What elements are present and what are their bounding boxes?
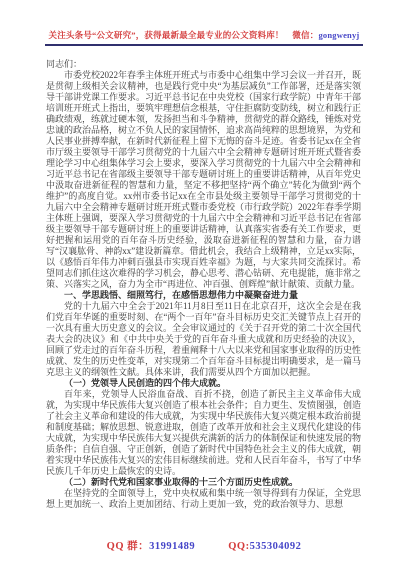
salutation: 同志们： bbox=[46, 59, 361, 70]
wechat-id: gongwenyj bbox=[318, 30, 359, 40]
qq-number: 535304092 bbox=[250, 541, 302, 552]
qq-contact: QQ:535304092 bbox=[228, 541, 301, 552]
footer-contact: QQ 群：31991489 QQ:535304092 bbox=[0, 538, 408, 553]
paragraph: 党的十九届六中全会于2021年11月8日至11日在北京召开，这次全会是在我们党百… bbox=[46, 301, 361, 378]
qq-group: QQ 群：31991489 bbox=[107, 541, 195, 552]
qq-group-label: QQ 群： bbox=[107, 541, 149, 552]
paragraph: 市委党校2022年春季主体班开班式与市委中心组集中学习会议一并召开，既是贯彻上级… bbox=[46, 70, 361, 290]
promo-banner-text: 关注头条号“公文研究”，获得最新最全最专业的公文资料库！ 微信：gongweny… bbox=[45, 29, 364, 46]
paragraph: 百年来，党领导人民浴血奋战、百折不挠，创造了新民主主义革命伟大成就，为实现中华民… bbox=[46, 389, 361, 477]
sub-heading: （二）新时代党和国家事业取得的十三个方面历史性成就。 bbox=[46, 477, 361, 488]
document-body: 同志们：市委党校2022年春季主体班开班式与市委中心组集中学习会议一并召开，既是… bbox=[46, 59, 361, 510]
paragraph: 在坚持党的全面领导上，党中央权威和集中统一领导得到有力保证，全党思想上更加统一、… bbox=[46, 488, 361, 510]
qq-label: QQ: bbox=[228, 541, 249, 552]
sub-heading: （一）党领导人民创造的四个伟大成就。 bbox=[46, 378, 361, 389]
banner-main-text: 关注头条号“公文研究”，获得最新最全最专业的公文资料库！ bbox=[49, 30, 284, 40]
wechat-label: 微信： bbox=[284, 30, 319, 40]
document-page: 关注头条号“公文研究”，获得最新最全最专业的公文资料库！ 微信：gongweny… bbox=[0, 0, 408, 580]
header-banner: 关注头条号“公文研究”，获得最新最全最专业的公文资料库！ 微信：gongweny… bbox=[0, 0, 408, 46]
section-heading: 一、学思践悟、细照笃行，在感悟思想伟力中凝聚奋进力量 bbox=[46, 290, 361, 301]
qq-group-number: 31991489 bbox=[149, 541, 195, 552]
